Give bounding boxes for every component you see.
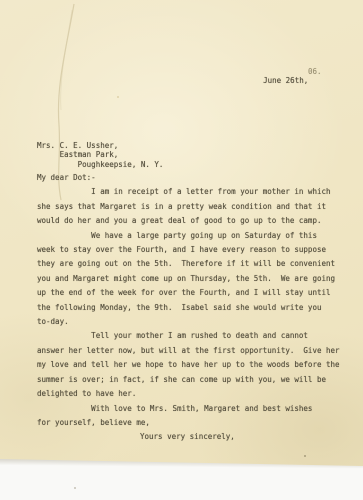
paper-speck — [304, 455, 306, 457]
paper-speck — [117, 96, 119, 98]
salutation: My dear Dot:- — [37, 171, 340, 185]
letter-text: My dear Dot:- I am in receipt of a lette… — [37, 171, 340, 445]
date-line: June 26th, 06. — [236, 67, 308, 79]
letter-year: 06. — [308, 67, 322, 76]
recipient-address: Mrs. C. E. Ussher, Eastman Park, Poughke… — [37, 141, 163, 169]
letter-paper: June 26th, 06. Mrs. C. E. Ussher, Eastma… — [0, 0, 363, 467]
letter-body: I am in receipt of a letter from your mo… — [37, 185, 340, 430]
scan-speck — [74, 487, 76, 489]
letter-date: June 26th, — [263, 76, 308, 85]
scanned-letter: June 26th, 06. Mrs. C. E. Ussher, Eastma… — [0, 0, 363, 500]
letter-closing: Yours very sincerely, — [37, 430, 340, 444]
